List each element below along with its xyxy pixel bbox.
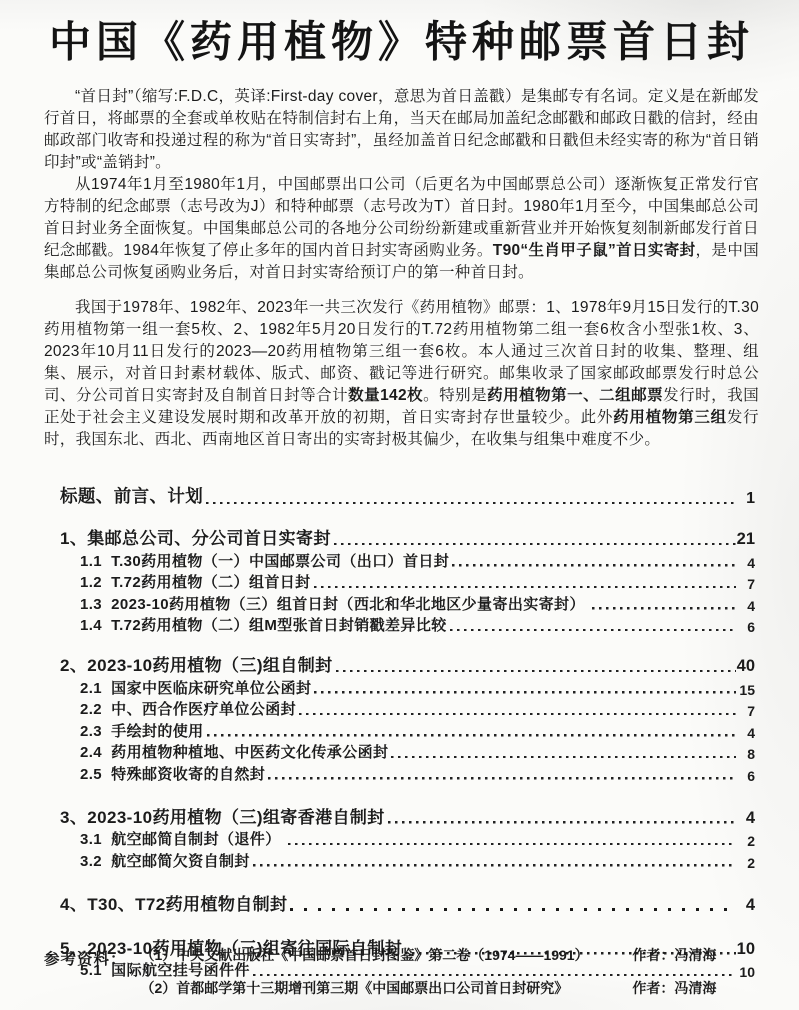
- intro-paragraph-2: 从1974年1月至1980年1月，中国邮票出口公司（后更名为中国邮票总公司）逐渐…: [44, 174, 759, 284]
- toc-item-2-2: 2.2 中、西合作医疗单位公函封 7: [60, 698, 755, 720]
- toc-page-number: 2: [737, 833, 755, 849]
- toc-group-4: 4、T30、T72药用植物自制封 4: [60, 888, 755, 915]
- reference-item-2: （2）首都邮学第十三期增刊第三期《中国邮票出口公司首日封研究》 作者：冯清海: [141, 979, 763, 998]
- toc-item-2-3-label: 2.3 手绘封的使用: [80, 720, 204, 741]
- toc-dot-leader: [314, 585, 736, 588]
- intro-paragraph-1: “首日封”（缩写:F.D.C，英译:First-day cover，意思为首日盖…: [44, 86, 759, 174]
- toc-dot-leader: [299, 712, 736, 715]
- intro-paragraph-1-text: “首日封”（缩写:F.D.C，英译:First-day cover，意思为首日盖…: [44, 88, 759, 171]
- toc-page-number: 6: [737, 619, 755, 635]
- toc-page-number: 7: [737, 703, 755, 719]
- toc-page-number: 40: [737, 657, 755, 676]
- toc-item-2-5: 2.5 特殊邮资收寄的自然封 6: [60, 762, 755, 784]
- toc-page-number: 1: [737, 490, 755, 508]
- toc-item-3-1-label: 3.1 航空邮简自制封（退件）: [80, 828, 285, 849]
- toc-section-4: 4、T30、T72药用植物自制封 4: [60, 888, 755, 915]
- toc-item-2-2-label: 2.2 中、西合作医疗单位公函封: [80, 698, 296, 719]
- document-title: 中国《药用植物》特种邮票首日封: [44, 13, 759, 70]
- emphasis-text: 药用植物第三组: [613, 409, 727, 426]
- document-page: 中国《药用植物》特种邮票首日封 “首日封”（缩写:F.D.C，英译:First-…: [0, 0, 799, 1010]
- reference-item-1: （1）中央文献出版社《中国邮票首日封图鉴》第二卷（1974——1991） 作者：…: [141, 946, 763, 965]
- emphasis-text: 药用植物第一、二组邮票: [487, 387, 663, 404]
- references-list: （1）中央文献出版社《中国邮票首日封图鉴》第二卷（1974——1991） 作者：…: [141, 946, 763, 998]
- toc-section-2: 2、2023-10药用植物（三)组自制封 40: [60, 649, 755, 676]
- reference-item-2-author: 作者：冯清海: [632, 979, 716, 998]
- toc-page-number: 21: [737, 530, 755, 549]
- toc-preamble-label: 标题、前言、计划: [60, 483, 203, 508]
- toc-dot-leader: [206, 501, 736, 504]
- toc-dot-leader: [336, 669, 736, 672]
- toc-dot-leader: [452, 564, 736, 567]
- toc-dot-leader: [592, 607, 736, 610]
- toc-section-4-label: 4、T30、T72药用植物自制封: [60, 890, 287, 915]
- toc-group-3: 3、2023-10药用植物（三)组寄香港自制封 4 3.1 航空邮简自制封（退件…: [60, 801, 755, 871]
- toc-item-3-1: 3.1 航空邮简自制封（退件） 2: [60, 828, 755, 850]
- toc-page-number: 6: [737, 768, 755, 784]
- intro-paragraph-3-text: 。特别是: [423, 387, 487, 404]
- toc-section-1: 1、集邮总公司、分公司首日实寄封 21: [60, 522, 755, 549]
- introduction: “首日封”（缩写:F.D.C，英译:First-day cover，意思为首日盖…: [44, 86, 759, 451]
- emphasis-text: 数量142枚: [348, 387, 423, 404]
- toc-item-3-2-label: 3.2 航空邮简欠资自制封: [80, 850, 250, 871]
- reference-item-1-author: 作者：冯清海: [632, 946, 716, 965]
- toc-dot-leader: [288, 842, 736, 845]
- toc-item-1-2: 1.2 T.72药用植物（二）组首日封 7: [60, 571, 755, 593]
- toc-page-number: 4: [737, 809, 755, 828]
- toc-page-number: 4: [737, 598, 755, 614]
- toc-page-number: 15: [737, 682, 755, 698]
- toc-item-1-4: 1.4 T.72药用植物（二）组M型张首日封销戳差异比较 6: [60, 614, 755, 636]
- toc-item-2-1-label: 2.1 国家中医临床研究单位公函封: [80, 677, 311, 698]
- toc-dot-leader: [314, 691, 736, 694]
- toc-item-3-2: 3.2 航空邮简欠资自制封 2: [60, 849, 755, 871]
- toc-section-1-label: 1、集邮总公司、分公司首日实寄封: [60, 524, 331, 549]
- toc-item-2-1: 2.1 国家中医临床研究单位公函封 15: [60, 676, 755, 698]
- table-of-contents: 标题、前言、计划 1 1、集邮总公司、分公司首日实寄封 21 1.1 T.30药…: [44, 484, 759, 980]
- references-label: 参考资料：: [44, 946, 127, 969]
- toc-section-3: 3、2023-10药用植物（三)组寄香港自制封 4: [60, 801, 755, 828]
- toc-page-number: 4: [737, 725, 755, 741]
- toc-item-2-5-label: 2.5 特殊邮资收寄的自然封: [80, 763, 265, 784]
- toc-page-number: 7: [737, 576, 755, 592]
- emphasis-text: T90“生肖甲子鼠”首日实寄封: [493, 242, 696, 259]
- toc-row-preamble: 标题、前言、计划 1: [60, 484, 755, 508]
- toc-group-2: 2、2023-10药用植物（三)组自制封 40 2.1 国家中医临床研究单位公函…: [60, 649, 755, 784]
- toc-dot-leader: [450, 628, 736, 631]
- toc-item-1-2-label: 1.2 T.72药用植物（二）组首日封: [80, 571, 311, 592]
- toc-section-3-label: 3、2023-10药用植物（三)组寄香港自制封: [60, 803, 385, 828]
- toc-dot-leader: [391, 755, 736, 758]
- toc-group-1: 1、集邮总公司、分公司首日实寄封 21 1.1 T.30药用植物（一）中国邮票公…: [60, 522, 755, 635]
- toc-section-2-label: 2、2023-10药用植物（三)组自制封: [60, 651, 333, 676]
- toc-dot-leader: [207, 734, 736, 737]
- toc-page-number: 4: [737, 896, 755, 915]
- toc-dot-leader: [388, 821, 736, 824]
- toc-item-1-4-label: 1.4 T.72药用植物（二）组M型张首日封销戳差异比较: [80, 614, 447, 635]
- toc-page-number: 4: [737, 555, 755, 571]
- toc-dot-leader: [268, 777, 736, 780]
- toc-page-number: 8: [737, 746, 755, 762]
- toc-item-2-4: 2.4 药用植物种植地、中医药文化传承公函封 8: [60, 741, 755, 763]
- toc-item-1-3-label: 1.3 2023-10药用植物（三）组首日封（西北和华北地区少量寄出实寄封）: [80, 593, 589, 614]
- toc-dot-leader: [334, 542, 736, 545]
- toc-dot-leader: [253, 864, 736, 867]
- toc-item-2-4-label: 2.4 药用植物种植地、中医药文化传承公函封: [80, 741, 388, 762]
- toc-page-number: 2: [737, 855, 755, 871]
- reference-item-1-text: （1）中央文献出版社《中国邮票首日封图鉴》第二卷（1974——1991）: [141, 946, 629, 965]
- intro-paragraph-3: 我国于1978年、1982年、2023年一共三次发行《药用植物》邮票：1、197…: [44, 297, 759, 451]
- toc-item-1-1-label: 1.1 T.30药用植物（一）中国邮票公司（出口）首日封: [80, 550, 449, 571]
- toc-item-2-3: 2.3 手绘封的使用 4: [60, 719, 755, 741]
- toc-dot-leader: [290, 908, 736, 911]
- reference-item-2-text: （2）首都邮学第十三期增刊第三期《中国邮票出口公司首日封研究》: [141, 979, 629, 998]
- references-section: 参考资料： （1）中央文献出版社《中国邮票首日封图鉴》第二卷（1974——199…: [44, 946, 763, 998]
- toc-item-1-1: 1.1 T.30药用植物（一）中国邮票公司（出口）首日封 4: [60, 549, 755, 571]
- toc-item-1-3: 1.3 2023-10药用植物（三）组首日封（西北和华北地区少量寄出实寄封） 4: [60, 592, 755, 614]
